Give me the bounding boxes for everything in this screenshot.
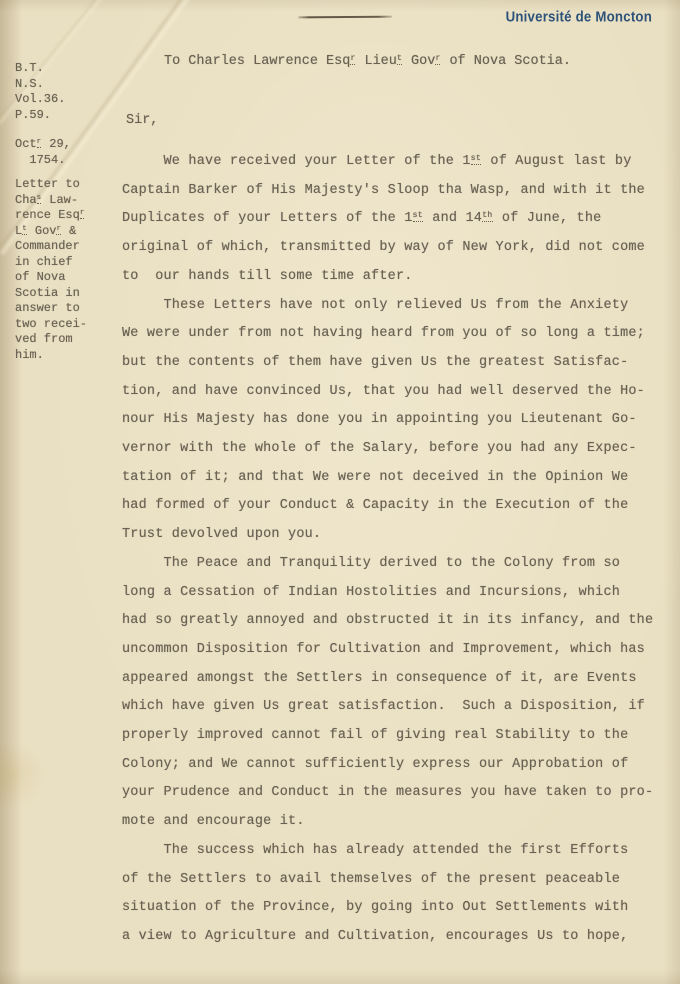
archive-stamp: Université de Moncton (506, 8, 652, 25)
letter-body: We have received your Letter of the 1st … (122, 148, 653, 952)
text-line: him. (15, 348, 87, 364)
text-line: Trust devolved upon you. (122, 521, 653, 550)
text-line: properly improved cannot fail of giving … (122, 722, 653, 751)
text-line: Colony; and We cannot sufficiently expre… (122, 751, 653, 780)
text-line: had so greatly annoyed and obstructed it… (122, 607, 653, 636)
text-line: Octr 29, (15, 137, 71, 153)
text-line: of Nova (15, 270, 87, 286)
text-line: ved from (15, 332, 87, 348)
text-line: mote and encourage it. (122, 808, 653, 837)
superscript-abbreviation: t (22, 225, 26, 235)
text-line: We have received your Letter of the 1st … (122, 148, 653, 177)
address-line: To Charles Lawrence Esqr Lieut Govr of N… (164, 54, 571, 69)
superscript-abbreviation: st (413, 210, 423, 222)
text-line: appeared amongst the Settlers in consequ… (122, 665, 653, 694)
text-line: long a Cessation of Indian Hostolities a… (122, 579, 653, 608)
text-line: nour His Majesty has done you in appoint… (122, 406, 653, 435)
text-line: but the contents of them have given Us t… (122, 349, 653, 378)
text-line: Chas Law- (15, 193, 87, 209)
scanned-letter-page: Université de Moncton To Charles Lawrenc… (0, 0, 680, 984)
text-line: vernor with the whole of the Salary, bef… (122, 435, 653, 464)
top-divider-line (298, 16, 392, 19)
margin-date: Octr 29, 1754. (15, 137, 71, 168)
text-line: rence Esqr (15, 208, 87, 224)
text-line: P.59. (15, 108, 65, 124)
superscript-abbreviation: t (397, 53, 402, 65)
text-line: uncommon Disposition for Cultivation and… (122, 636, 653, 665)
text-line: of the Settlers to avail themselves of t… (122, 866, 653, 895)
text-line: Captain Barker of His Majesty's Sloop th… (122, 177, 653, 206)
superscript-abbreviation: r (37, 138, 41, 148)
text-line: 1754. (15, 153, 71, 169)
superscript-abbreviation: st (471, 153, 481, 165)
salutation: Sir, (126, 113, 158, 128)
text-line: tion, and have convinced Us, that you ha… (122, 378, 653, 407)
text-line: which have given Us great satisfaction. … (122, 693, 653, 722)
superscript-abbreviation: th (482, 210, 492, 222)
superscript-abbreviation: r (80, 209, 84, 219)
text-line: tation of it; and that We were not decei… (122, 464, 653, 493)
text-line: Letter to (15, 177, 87, 193)
text-line: a view to Agriculture and Cultivation, e… (122, 923, 653, 952)
text-line: Vol.36. (15, 92, 65, 108)
text-line: Scotia in (15, 286, 87, 302)
text-line: The Peace and Tranquility derived to the… (122, 550, 653, 579)
text-line: Commander (15, 239, 87, 255)
text-line: original of which, transmitted by way of… (122, 234, 653, 263)
margin-reference: B.T.N.S.Vol.36.P.59. (15, 61, 65, 124)
superscript-abbreviation: r (350, 53, 355, 65)
superscript-abbreviation: r (56, 225, 60, 235)
superscript-abbreviation: r (435, 53, 440, 65)
text-line: B.T. (15, 61, 65, 77)
text-line: N.S. (15, 77, 65, 93)
text-line: The success which has already attended t… (122, 837, 653, 866)
margin-note: Letter toChas Law-rence EsqrLt Govr &Com… (15, 177, 87, 363)
text-line: Lt Govr & (15, 224, 87, 240)
text-line: We were under from not having heard from… (122, 320, 653, 349)
superscript-abbreviation: s (37, 194, 41, 204)
text-line: in chief (15, 255, 87, 271)
text-line: These Letters have not only relieved Us … (122, 292, 653, 321)
text-line: To Charles Lawrence Esqr Lieut Govr of N… (164, 54, 571, 69)
text-line: Duplicates of your Letters of the 1st an… (122, 205, 653, 234)
text-line: your Prudence and Conduct in the measure… (122, 779, 653, 808)
text-line: to our hands till some time after. (122, 263, 653, 292)
text-line: situation of the Province, by going into… (122, 894, 653, 923)
text-line: two recei- (15, 317, 87, 333)
text-line: answer to (15, 301, 87, 317)
text-line: had formed of your Conduct & Capacity in… (122, 492, 653, 521)
